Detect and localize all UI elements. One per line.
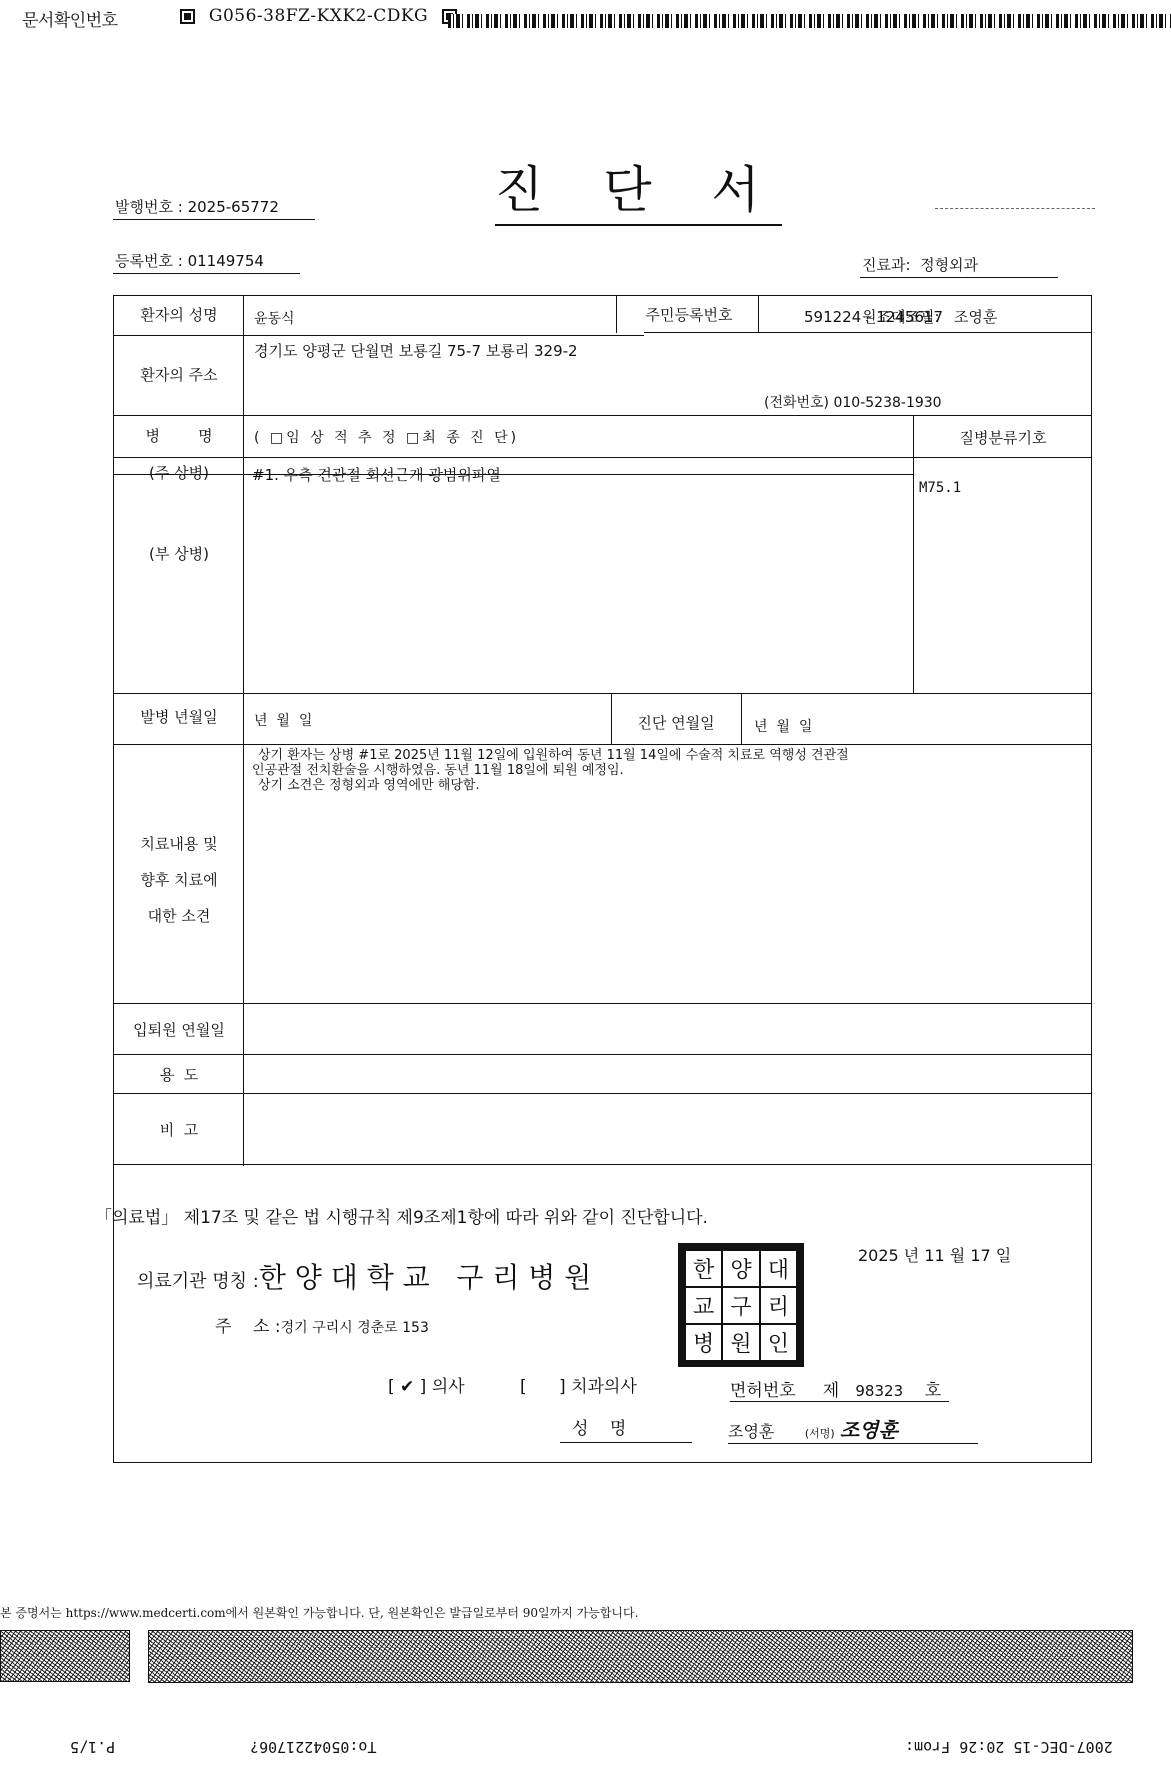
license-number: 면허번호 제 98323 호 <box>730 1376 949 1402</box>
name-label: 성 명 <box>572 1414 634 1439</box>
main-disease-value: #1. 우측 견관절 회선근개 광범위파열 <box>252 464 501 485</box>
divider <box>244 335 644 336</box>
address-label: 환자의 주소 <box>114 364 244 385</box>
barcode <box>448 14 1171 28</box>
diagnosis-table: 환자의 성명 윤동식 주민등록번호 591224 - 1245617 환자의 주… <box>113 295 1092 1165</box>
disease-type-options: ( □임 상 적 추 정 □최 종 진 단) <box>254 427 519 447</box>
divider <box>114 1003 1092 1004</box>
doctor-checkbox[interactable]: [ ✔ ] 의사 <box>388 1372 465 1397</box>
institution-name: 의료기관 명칭 :한 양 대 학 교 구 리 병 원 <box>137 1256 591 1296</box>
purpose-label: 용 도 <box>114 1064 244 1085</box>
disease-code-label: 질병분류기호 <box>914 427 1092 448</box>
divider <box>114 415 1092 416</box>
verify-number-label: 문서확인번호 <box>22 6 118 31</box>
fax-page: P.1/5 <box>70 1738 115 1756</box>
disease-label: 병 명 <box>114 425 244 446</box>
divider <box>560 1442 692 1443</box>
diagnosis-date-label: 진단 연월일 <box>611 712 741 733</box>
divider <box>935 208 1095 209</box>
disease-code: M75.1 <box>919 480 961 496</box>
remarks-label: 비 고 <box>114 1119 244 1140</box>
fax-from: 2007-DEC-15 20:26 From: <box>905 1738 1113 1756</box>
treatment-label: 치료내용 및 향후 치료에 대한 소견 <box>114 826 244 934</box>
divider <box>114 457 1092 458</box>
rrn-label: 주민등록번호 <box>619 304 759 325</box>
issue-number: 발행번호 : 2025-65772 <box>113 196 315 220</box>
registration-number: 등록번호 : 01149754 <box>113 250 300 274</box>
divider <box>114 335 244 336</box>
divider <box>913 415 914 693</box>
divider <box>644 332 1092 333</box>
fax-to: To:0504221706? <box>250 1738 376 1756</box>
qr-square-icon <box>180 9 195 24</box>
rrn-value: 591224 - 1245617 <box>804 308 943 326</box>
admission-date-label: 입퇴원 연월일 <box>114 1019 244 1040</box>
sub-disease-label: (부 상병) <box>114 543 244 564</box>
divider <box>114 1093 1092 1094</box>
legal-statement: 「의료법」 제17조 및 같은 법 시행규칙 제9조제1항에 따라 위와 같이 … <box>95 1203 708 1228</box>
institution-address: 주 소 :경기 구리시 경춘로 153 <box>215 1312 429 1337</box>
divider <box>114 1054 1092 1055</box>
phone: (전화번호) 010-5238-1930 <box>764 392 942 412</box>
signature: 조영훈 <box>840 1418 898 1442</box>
qr-code <box>0 1630 130 1682</box>
divider <box>114 744 1092 745</box>
patient-name-label: 환자의 성명 <box>114 304 244 325</box>
verification-notice: 본 증명서는 https://www.medcerti.com에서 원본확인 가… <box>0 1604 638 1621</box>
dentist-checkbox[interactable]: [ ] 치과의사 <box>520 1372 637 1397</box>
onset-date-value: 년 월 일 <box>254 710 312 730</box>
divider <box>741 693 742 744</box>
page-title: 진 단 서 <box>495 150 782 226</box>
hospital-seal: 한 양 대 교 구 리 병 원 인 <box>678 1243 804 1367</box>
verify-code: G056-38FZ-KXK2-CDKG <box>180 6 457 26</box>
main-disease-label: (주 상병) <box>114 462 244 483</box>
doctor-signature-line: 조영훈 (서명) 조영훈 <box>728 1414 978 1444</box>
department: 진료과: 정형외과 <box>860 254 1058 278</box>
treatment-opinion: 상기 환자는 상병 #1로 2025년 11월 12일에 입원하여 동년 11월… <box>252 748 849 793</box>
divider <box>114 693 1092 694</box>
diagnosis-date-value: 년 월 일 <box>754 716 812 736</box>
divider <box>616 296 617 333</box>
patient-name: 윤동식 <box>254 308 295 328</box>
security-pattern <box>148 1630 1133 1683</box>
address-value: 경기도 양평군 단월면 보룡길 75-7 보룡리 329-2 <box>254 340 578 361</box>
onset-date-label: 발병 년월일 <box>114 706 244 727</box>
issue-date: 2025 년 11 월 17 일 <box>858 1243 1011 1266</box>
